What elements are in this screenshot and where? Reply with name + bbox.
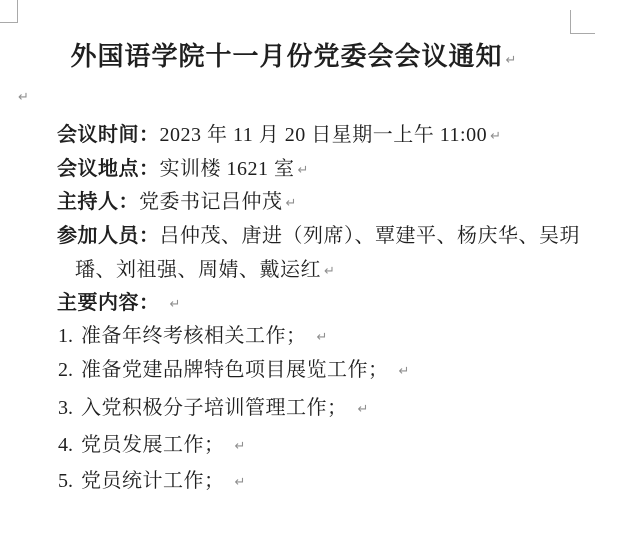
field-main-content: 主要内容：↵: [57, 291, 180, 315]
meeting-place-label: 会议地点：: [57, 158, 160, 180]
field-meeting-time: 会议时间：2023 年 11 月 20 日星期一上午 11:00↵: [57, 123, 501, 147]
list-item-1-text: 准备年终考核相关工作；: [81, 325, 307, 347]
field-participants-line2: 璠、刘祖强、周婧、戴运红↵: [75, 258, 335, 282]
list-item-3: 3.入党积极分子培训管理工作；↵: [58, 396, 368, 420]
participants-value-line2: 璠、刘祖强、周婧、戴运红: [75, 259, 321, 281]
field-host: 主持人：党委书记吕仲茂↵: [57, 190, 296, 214]
page-margin-corner-mark-top-left: [0, 0, 18, 23]
document-title-text: 外国语学院十一月份党委会会议通知: [71, 42, 503, 71]
document-page: 外国语学院十一月份党委会会议通知↵ ↵ 会议时间：2023 年 11 月 20 …: [0, 0, 626, 544]
list-item-2-number: 2.: [58, 358, 81, 382]
paragraph-mark-icon: ↵: [18, 90, 29, 105]
meeting-place-value: 实训楼 1621 室: [160, 158, 295, 180]
page-margin-corner-mark-top-right: [570, 10, 595, 34]
field-participants-line1: 参加人员：吕仲茂、唐进（列席）、覃建平、杨庆华、吴玥: [57, 224, 580, 248]
document-title: 外国语学院十一月份党委会会议通知↵: [17, 36, 570, 73]
list-item-3-text: 入党积极分子培训管理工作；: [81, 397, 348, 419]
list-item-2: 2.准备党建品牌特色项目展览工作；↵: [58, 358, 409, 382]
list-item-4-number: 4.: [58, 433, 81, 457]
field-meeting-place: 会议地点：实训楼 1621 室↵: [57, 157, 308, 181]
host-label: 主持人：: [57, 191, 139, 213]
meeting-time-value: 2023 年 11 月 20 日星期一上午 11:00: [160, 124, 488, 146]
paragraph-mark-icon: ↵: [170, 297, 181, 312]
empty-paragraph: ↵: [18, 88, 29, 108]
list-item-5: 5.党员统计工作；↵: [58, 469, 245, 493]
list-item-4-text: 党员发展工作；: [81, 434, 225, 456]
paragraph-mark-icon: ↵: [298, 163, 309, 178]
paragraph-mark-icon: ↵: [235, 439, 246, 454]
list-item-3-number: 3.: [58, 396, 81, 420]
paragraph-mark-icon: ↵: [324, 264, 335, 279]
paragraph-mark-icon: ↵: [358, 402, 369, 417]
list-item-1-number: 1.: [58, 324, 81, 348]
paragraph-mark-icon: ↵: [490, 129, 501, 144]
paragraph-mark-icon: ↵: [399, 364, 410, 379]
paragraph-mark-icon: ↵: [506, 53, 517, 68]
paragraph-mark-icon: ↵: [235, 475, 246, 490]
list-item-4: 4.党员发展工作；↵: [58, 433, 245, 457]
list-item-5-text: 党员统计工作；: [81, 470, 225, 492]
meeting-time-label: 会议时间：: [57, 124, 160, 146]
participants-label: 参加人员：: [57, 225, 160, 247]
paragraph-mark-icon: ↵: [286, 196, 297, 211]
list-item-1: 1.准备年终考核相关工作；↵: [58, 324, 327, 348]
list-item-2-text: 准备党建品牌特色项目展览工作；: [81, 359, 389, 381]
host-value: 党委书记吕仲茂: [139, 191, 283, 213]
paragraph-mark-icon: ↵: [317, 330, 328, 345]
main-content-label: 主要内容：: [57, 292, 160, 314]
participants-value-line1: 吕仲茂、唐进（列席）、覃建平、杨庆华、吴玥: [160, 225, 581, 247]
list-item-5-number: 5.: [58, 469, 81, 493]
